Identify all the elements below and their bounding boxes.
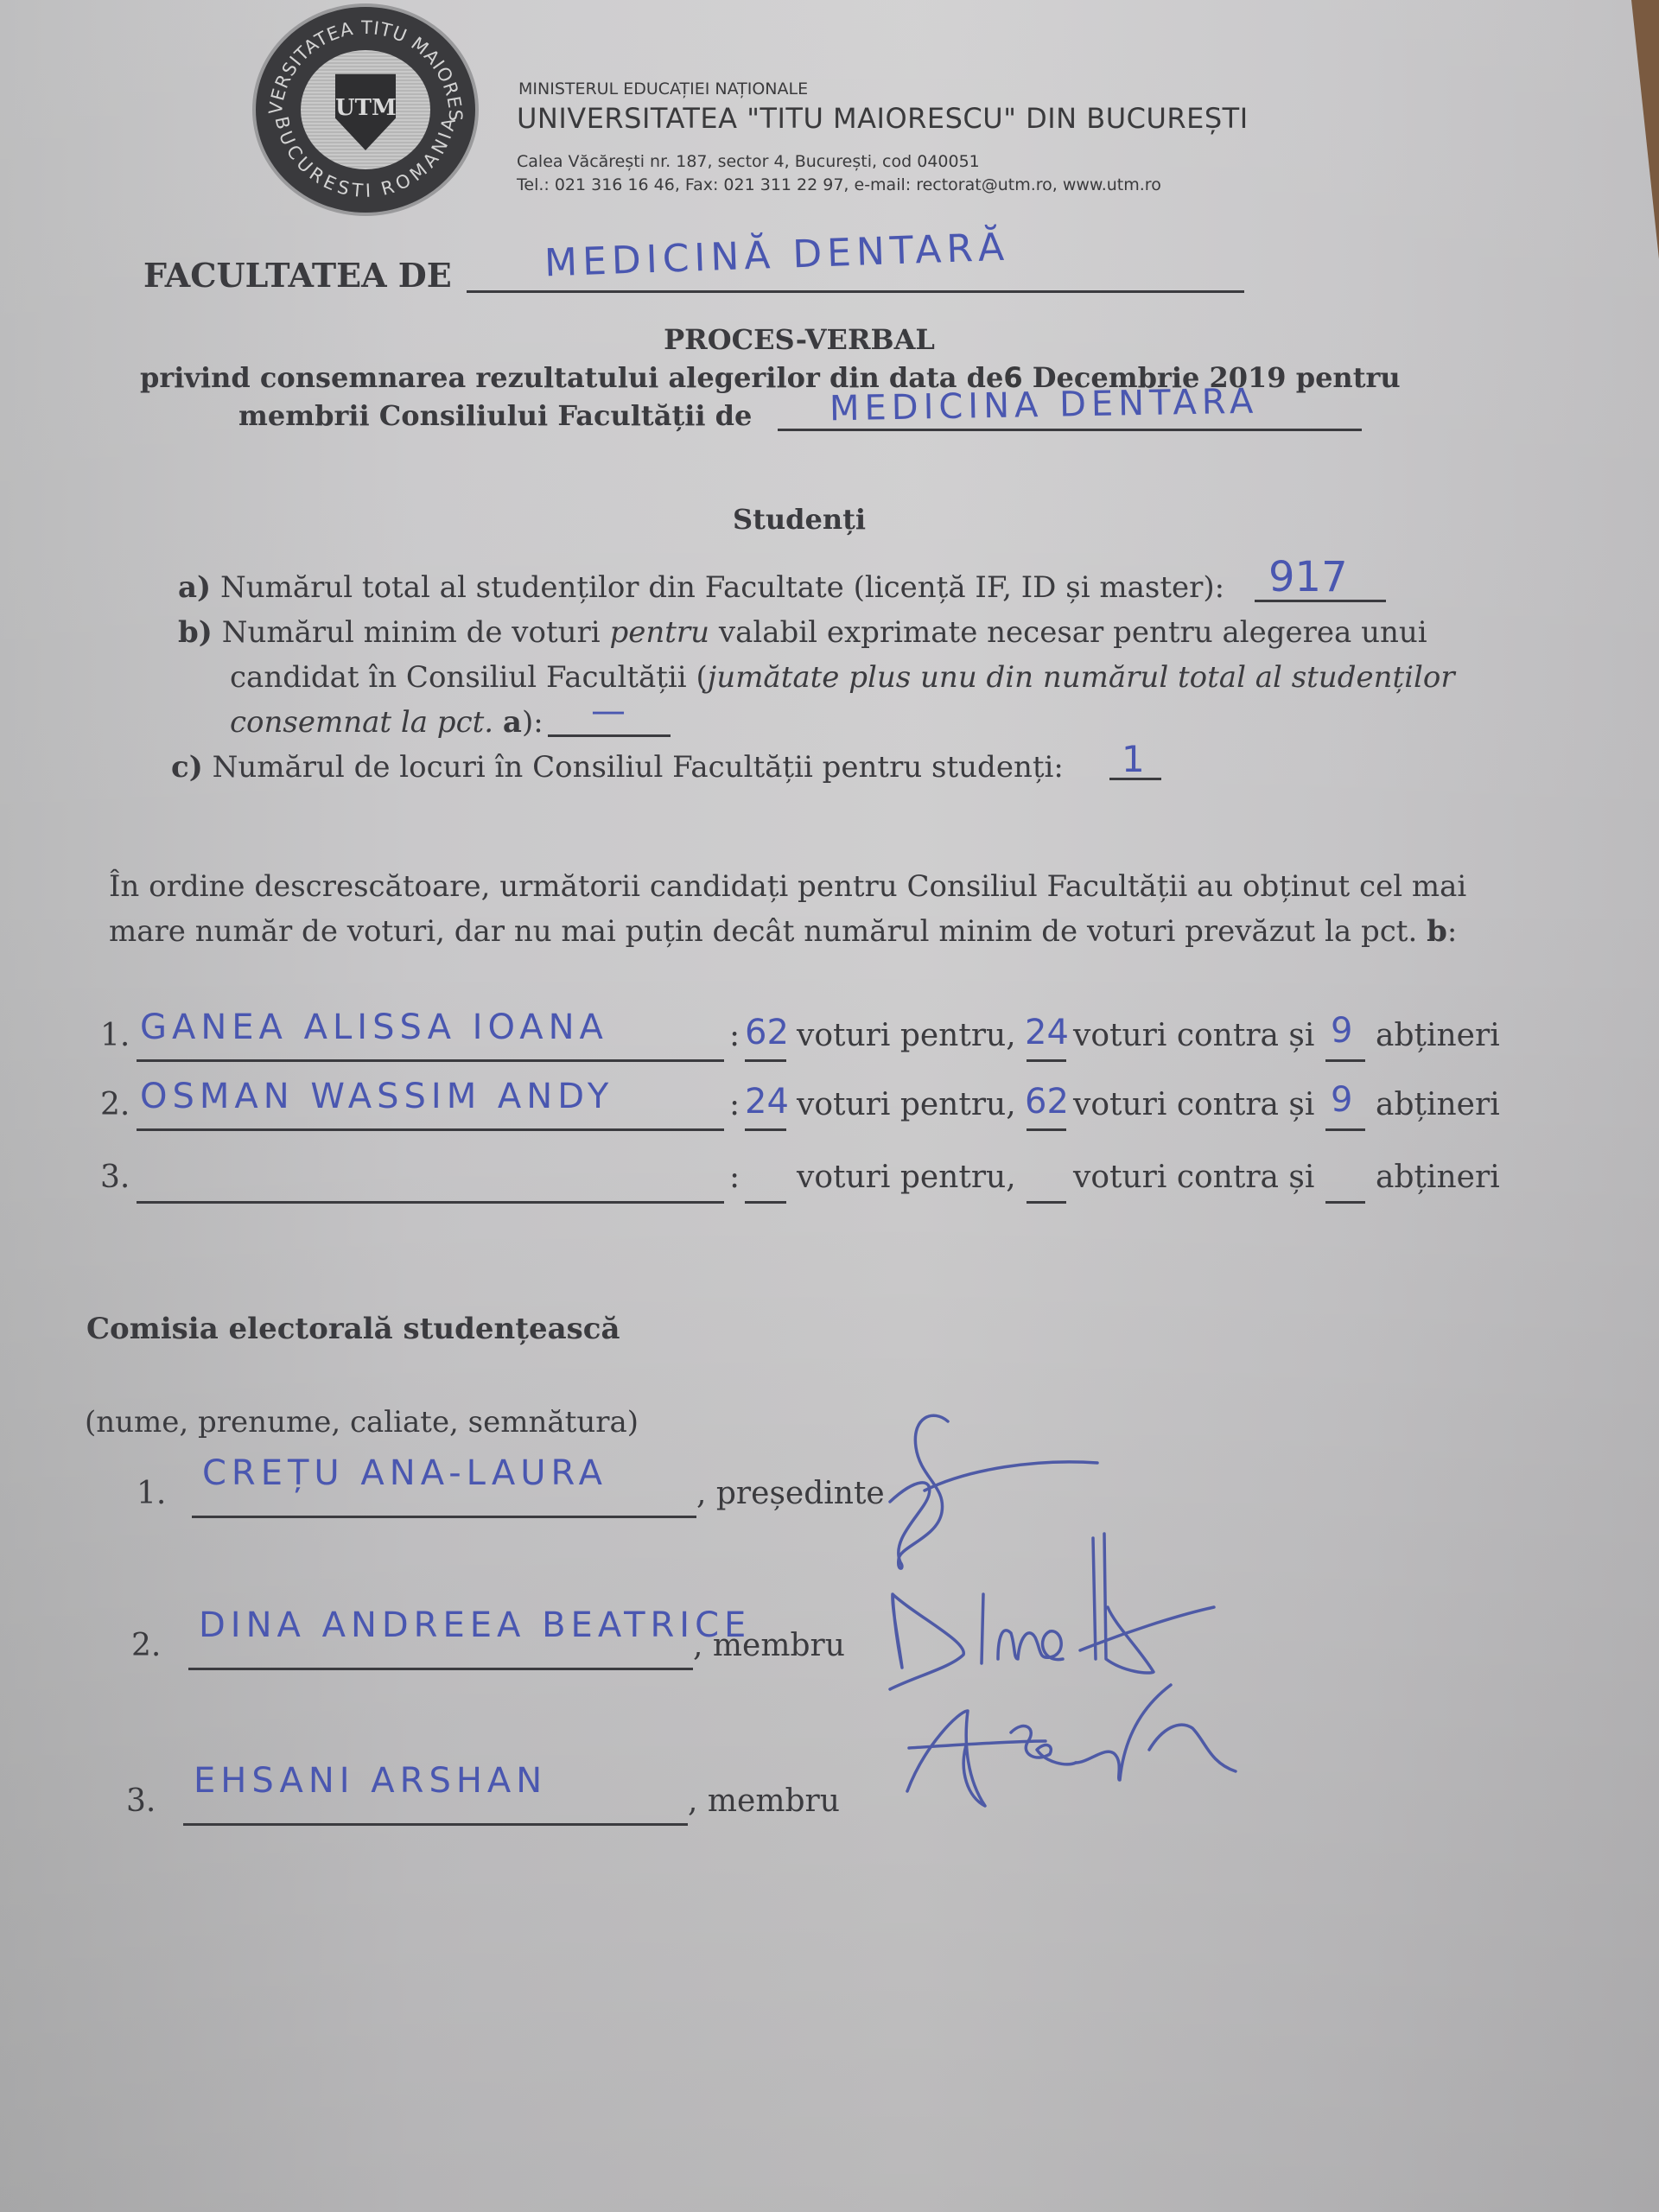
abstentions-line (1325, 1201, 1365, 1204)
member-role: , membru (693, 1628, 845, 1663)
abstentions-line (1325, 1128, 1365, 1131)
member-name-line (192, 1516, 696, 1518)
item-c-text: Numărul de locuri în Consiliul Facultăți… (213, 750, 1064, 785)
votes-against-field[interactable]: 62 (1025, 1082, 1069, 1122)
item-b-field-line (548, 734, 671, 737)
votes-for-line (745, 1128, 786, 1131)
member-name-line (183, 1823, 688, 1826)
candidates-intro: În ordine descrescătoare, următorii cand… (109, 864, 1509, 954)
member-name-field[interactable]: CREȚU ANA-LAURA (202, 1453, 607, 1493)
candidates-intro-end: : (1447, 914, 1457, 949)
votes-against-line (1027, 1059, 1066, 1062)
ministry-name: MINISTERUL EDUCAȚIEI NAȚIONALE (518, 79, 808, 99)
item-b-text-2: valabil exprimate necesar pentru alegere… (709, 615, 1427, 650)
votes-against-line (1027, 1201, 1066, 1204)
item-b-line-2: candidat în Consiliul Facultății (jumăta… (230, 660, 1455, 695)
signature-member-3 (864, 1400, 1262, 1823)
candidate-name-line (137, 1059, 724, 1062)
votes-for-line (745, 1059, 786, 1062)
shield-icon: UTM (335, 66, 396, 150)
item-b-text-4-end: ): (522, 705, 543, 740)
item-b-text-1: Numărul minim de voturi (222, 615, 610, 650)
title-line-2: membrii Consiliului Facultății de (238, 399, 752, 432)
member-index: 3. (126, 1783, 156, 1819)
seal-monogram: UTM (335, 95, 396, 121)
item-b-text-4-bold: a (503, 705, 522, 740)
item-b-text-4-italic: consemnat la pct. (230, 705, 503, 740)
candidate-index: 3. (100, 1160, 130, 1195)
item-b-line-1: b) Numărul minim de voturi pentru valabi… (178, 615, 1427, 650)
abstentions-line (1325, 1059, 1365, 1062)
faculty-label: FACULTATEA DE (143, 256, 452, 295)
votes-against-field[interactable]: 24 (1025, 1013, 1069, 1052)
candidate-index: 2. (100, 1087, 130, 1122)
candidate-colon: : (729, 1018, 740, 1053)
university-contact: Tel.: 021 316 16 46, Fax: 021 311 22 97,… (517, 175, 1161, 194)
member-index: 1. (137, 1476, 166, 1511)
votes-against-line (1027, 1128, 1066, 1131)
item-c: c) Numărul de locuri în Consiliul Facult… (171, 750, 1064, 785)
candidate-index: 1. (100, 1018, 130, 1053)
item-a: a) Numărul total al studenților din Facu… (178, 570, 1224, 605)
university-address: Calea Văcărești nr. 187, sector 4, Bucur… (517, 152, 980, 171)
candidate-name-field[interactable]: GANEA ALISSA IOANA (140, 1007, 608, 1047)
faculty-field-line (467, 290, 1244, 293)
candidates-intro-text: În ordine descrescătoare, următorii cand… (109, 869, 1466, 949)
votes-for-line (745, 1201, 786, 1204)
university-name: UNIVERSITATEA "TITU MAIORESCU" DIN BUCUR… (517, 102, 1249, 135)
votes-against-label: voturi contra și (1073, 1087, 1314, 1122)
item-c-marker: c) (171, 750, 203, 785)
university-seal: UNIVERSITATEA TITU MAIORESCU BUCURESTI R… (252, 3, 479, 216)
abstentions-label: abțineri (1376, 1087, 1500, 1122)
votes-for-label: voturi pentru, (797, 1160, 1016, 1195)
member-index: 2. (131, 1628, 161, 1663)
students-heading: Studenți (0, 503, 1599, 536)
council-faculty-field[interactable]: MEDICINA DENTARA (829, 382, 1259, 429)
member-name-field[interactable]: EHSANI ARSHAN (194, 1761, 547, 1801)
candidate-colon: : (729, 1160, 740, 1195)
candidates-intro-bold: b (1427, 914, 1447, 949)
council-field-line (778, 429, 1362, 431)
member-name-line (188, 1668, 693, 1670)
min-votes-field[interactable]: — (591, 691, 626, 731)
item-b-text-3-italic: jumătate plus unu din numărul total al s… (708, 660, 1455, 695)
seal-center: UTM (301, 50, 430, 169)
total-students-field[interactable]: 917 (1268, 553, 1348, 601)
member-role: , președinte (696, 1476, 885, 1511)
item-b-text-3: candidat în Consiliul Facultății ( (230, 660, 708, 695)
votes-against-label: voturi contra și (1073, 1160, 1314, 1195)
abstentions-field[interactable]: 9 (1331, 1011, 1352, 1051)
candidate-name-field[interactable]: OSMAN WASSIM ANDY (140, 1077, 613, 1116)
item-b-text-italic: pentru (609, 615, 709, 650)
commission-note: (nume, prenume, caliate, semnătura) (85, 1405, 639, 1440)
votes-for-label: voturi pentru, (797, 1087, 1016, 1122)
seats-field[interactable]: 1 (1122, 738, 1145, 780)
commission-heading: Comisia electorală studențească (86, 1312, 620, 1346)
member-name-field[interactable]: DINA ANDREEA BEATRICE (199, 1605, 751, 1645)
item-a-marker: a) (178, 570, 211, 605)
candidate-name-line (137, 1128, 724, 1131)
document-title: PROCES-VERBAL (0, 323, 1599, 356)
votes-for-field[interactable]: 62 (745, 1013, 789, 1052)
abstentions-label: abțineri (1376, 1160, 1500, 1195)
votes-for-field[interactable]: 24 (745, 1082, 789, 1122)
member-role: , membru (688, 1783, 840, 1819)
item-b-marker: b) (178, 615, 213, 650)
item-a-text: Numărul total al studenților din Faculta… (220, 570, 1224, 605)
item-b-line-3: consemnat la pct. a): (230, 705, 543, 740)
votes-for-label: voturi pentru, (797, 1018, 1016, 1053)
abstentions-label: abțineri (1376, 1018, 1500, 1053)
votes-against-label: voturi contra și (1073, 1018, 1314, 1053)
candidate-colon: : (729, 1087, 740, 1122)
candidate-name-line (137, 1201, 724, 1204)
abstentions-field[interactable]: 9 (1331, 1080, 1352, 1120)
